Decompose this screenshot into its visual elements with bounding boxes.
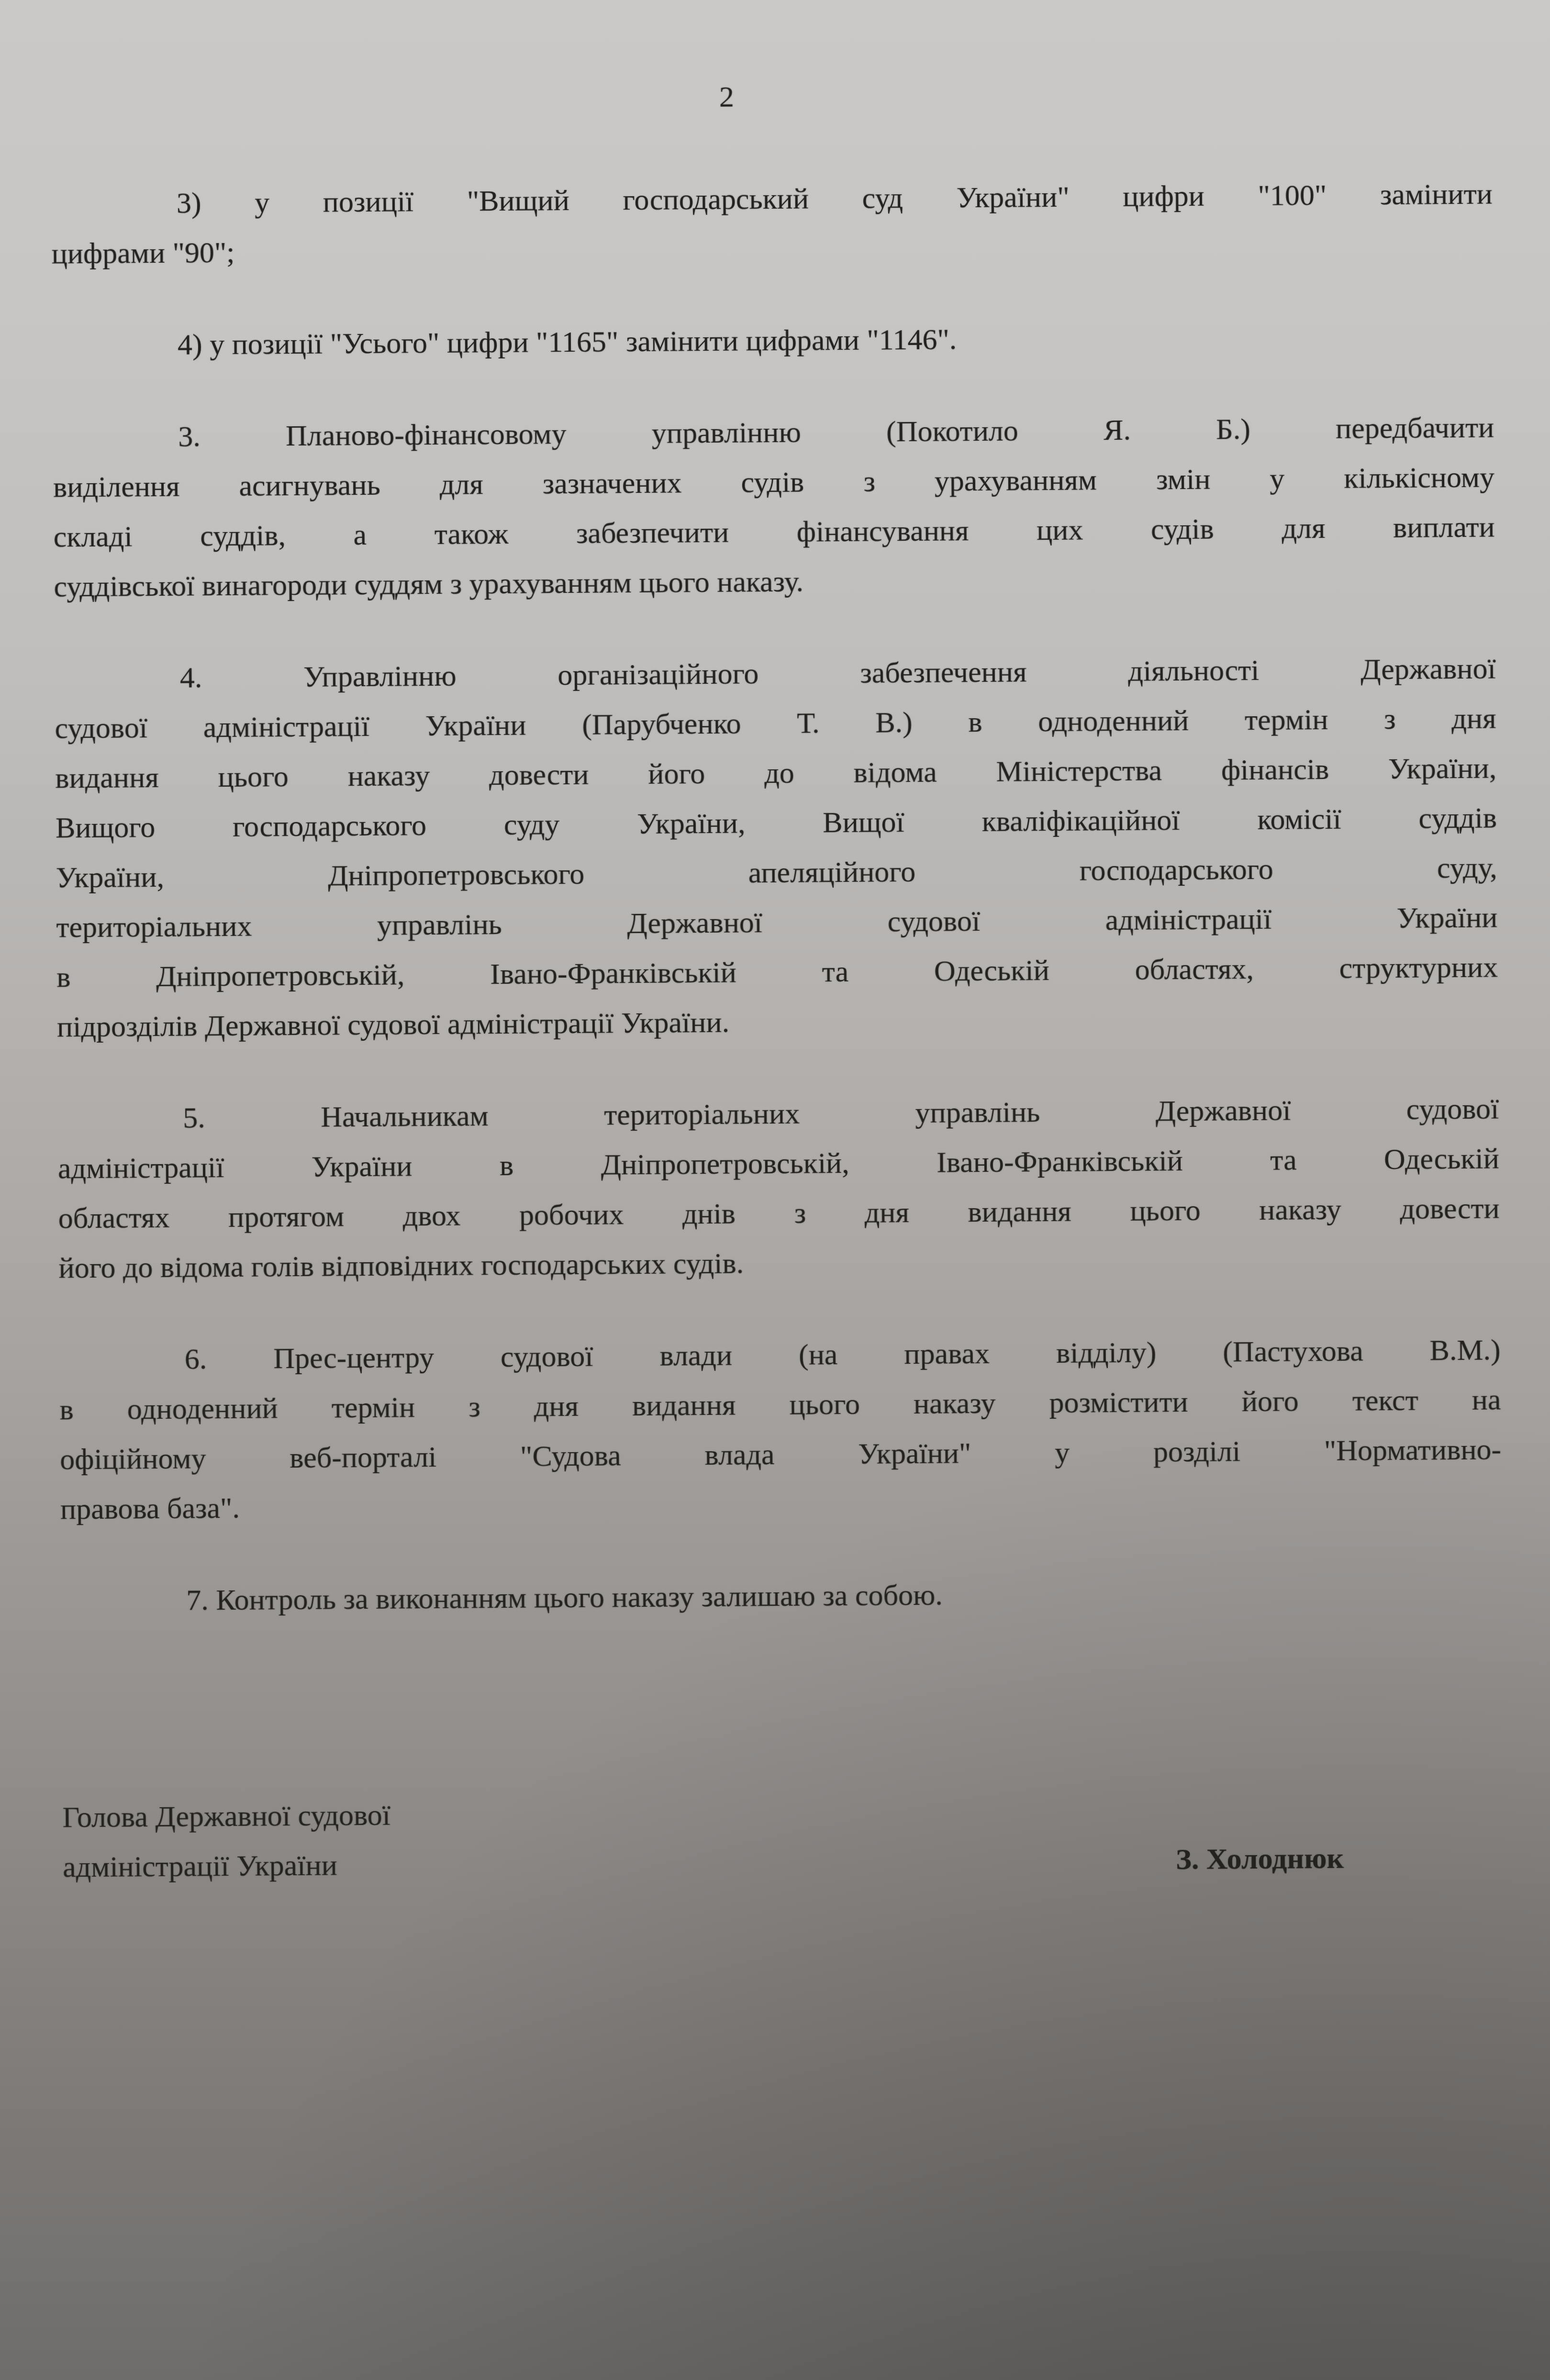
item-5: 5. Начальникам територіальних управлінь … xyxy=(57,1084,1500,1293)
text-line: в Дніпропетровській, Івано-Франківській … xyxy=(56,942,1498,1002)
photographed-paper-background: 2 3) у позиції "Вищий господарський суд … xyxy=(0,0,1550,2380)
signature-title-line: адміністрації України xyxy=(63,1840,391,1892)
subitem-4: 4) у позиції "Усього" цифри "1165" замін… xyxy=(52,311,1494,370)
document-page: 2 3) у позиції "Вищий господарський суд … xyxy=(0,0,1550,1892)
text-line: правова база". xyxy=(60,1474,1502,1534)
page-number: 2 xyxy=(6,67,1448,127)
text-line: областях протягом двох робочих днів з дн… xyxy=(58,1183,1500,1243)
text-line: підрозділів Державної судової адміністра… xyxy=(57,992,1499,1052)
text-line: суддівської винагороди суддям з урахуван… xyxy=(54,552,1495,612)
item-6: 6. Прес-центру судової влади (на правах … xyxy=(59,1325,1502,1534)
item-4: 4. Управлінню організаційного забезпечен… xyxy=(54,644,1498,1052)
signature-title: Голова Державної судової адміністрації У… xyxy=(62,1791,391,1892)
signature-name: З. Холоднюк xyxy=(1176,1834,1344,1884)
subitem-3: 3) у позиції "Вищий господарський суд Ук… xyxy=(51,169,1493,279)
item-3: 3. Планово-фінансовому управлінню (Покот… xyxy=(53,402,1495,612)
text-line: складі суддів, а також забезпечити фінан… xyxy=(53,502,1495,562)
text-line: його до відома голів відповідних господа… xyxy=(58,1233,1500,1293)
text-line: офіційному веб-порталі "Судова влада Укр… xyxy=(60,1424,1502,1484)
item-7: 7. Контроль за виконанням цього наказу з… xyxy=(61,1566,1503,1626)
signature-block: Голова Державної судової адміністрації У… xyxy=(62,1782,1504,1892)
text-line: цифрами "90"; xyxy=(51,219,1493,279)
text-line: 3) у позиції "Вищий господарський суд Ук… xyxy=(51,169,1493,229)
text-line: 7. Контроль за виконанням цього наказу з… xyxy=(61,1566,1503,1626)
document-body: 3) у позиції "Вищий господарський суд Ук… xyxy=(51,169,1503,1626)
text-line: 4) у позиції "Усього" цифри "1165" замін… xyxy=(52,311,1494,370)
signature-title-line: Голова Державної судової xyxy=(62,1791,390,1843)
